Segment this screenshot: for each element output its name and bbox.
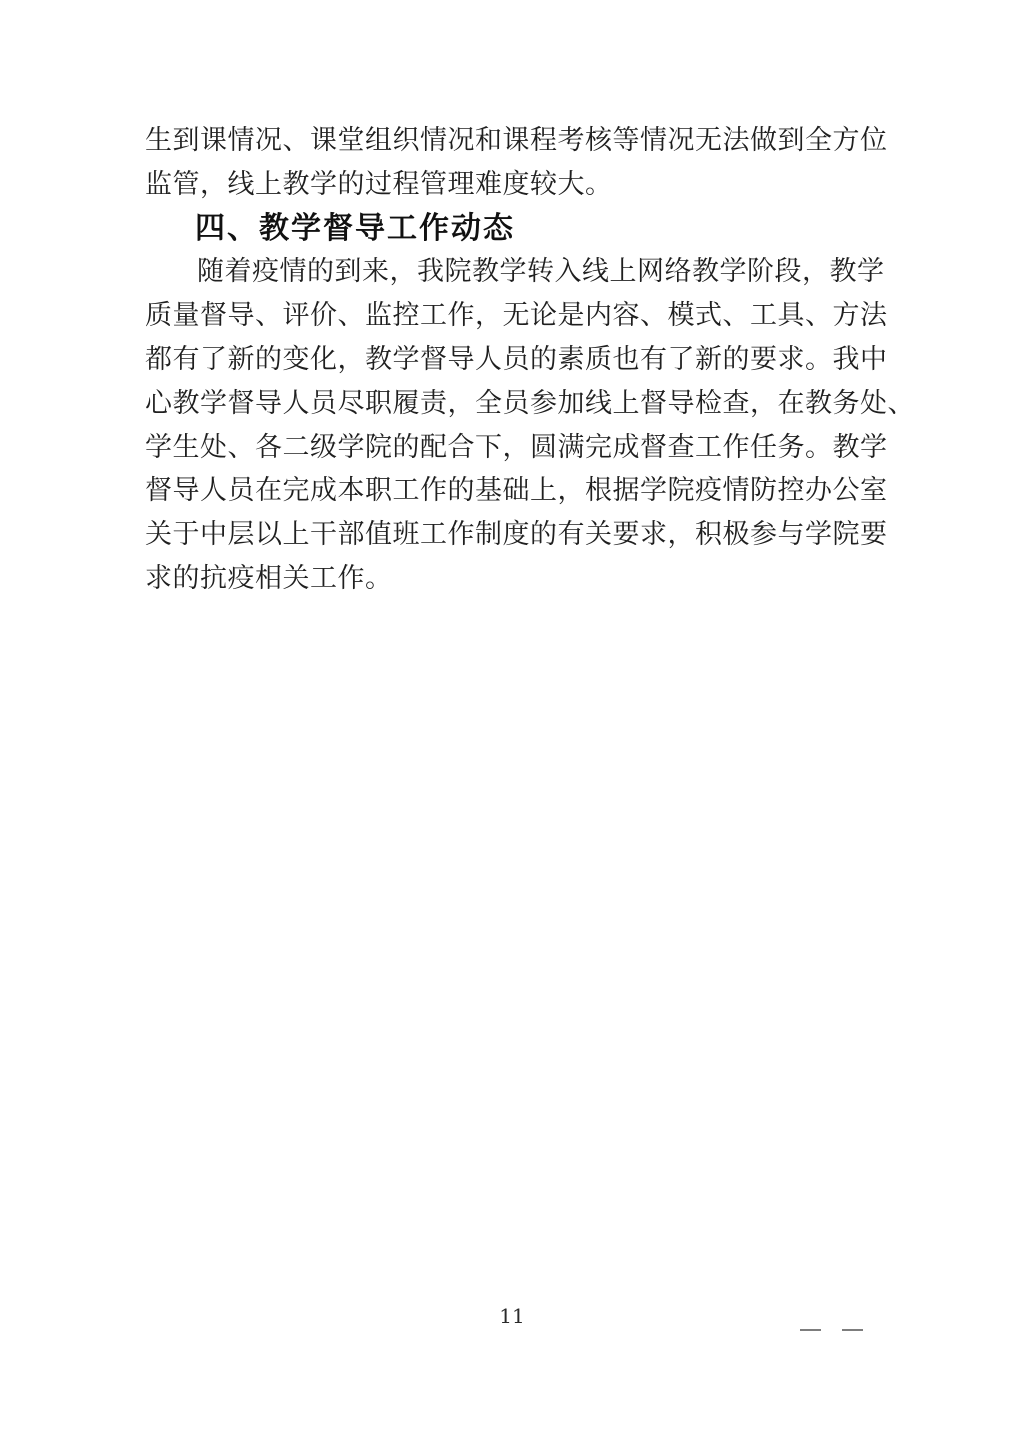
footer-dash — [800, 1329, 821, 1331]
paragraph-line: 心教学督导人员尽职履责，全员参加线上督导检查，在教务处、 — [145, 382, 880, 426]
body-line: 监管，线上教学的过程管理难度较大。 — [145, 163, 880, 207]
paragraph-line: 质量督导、评价、监控工作，无论是内容、模式、工具、方法 — [145, 294, 880, 338]
paragraph-line: 督导人员在完成本职工作的基础上，根据学院疫情防控办公室 — [145, 469, 880, 513]
footer-dash — [842, 1329, 863, 1331]
paragraph-line: 都有了新的变化，教学督导人员的素质也有了新的要求。我中 — [145, 338, 880, 382]
section-heading: 四、教学督导工作动态 — [145, 207, 880, 251]
paragraph-line: 随着疫情的到来，我院教学转入线上网络教学阶段，教学 — [145, 250, 880, 294]
page-number: 11 — [0, 1304, 1024, 1328]
paragraph-line: 关于中层以上干部值班工作制度的有关要求，积极参与学院要 — [145, 513, 880, 557]
paragraph-line: 求的抗疫相关工作。 — [145, 557, 880, 601]
document-page: 生到课情况、课堂组织情况和课程考核等情况无法做到全方位 监管，线上教学的过程管理… — [0, 0, 1024, 1448]
paragraph-line: 学生处、各二级学院的配合下，圆满完成督查工作任务。教学 — [145, 426, 880, 470]
body-line: 生到课情况、课堂组织情况和课程考核等情况无法做到全方位 — [145, 119, 880, 163]
document-body: 生到课情况、课堂组织情况和课程考核等情况无法做到全方位 监管，线上教学的过程管理… — [145, 119, 880, 601]
